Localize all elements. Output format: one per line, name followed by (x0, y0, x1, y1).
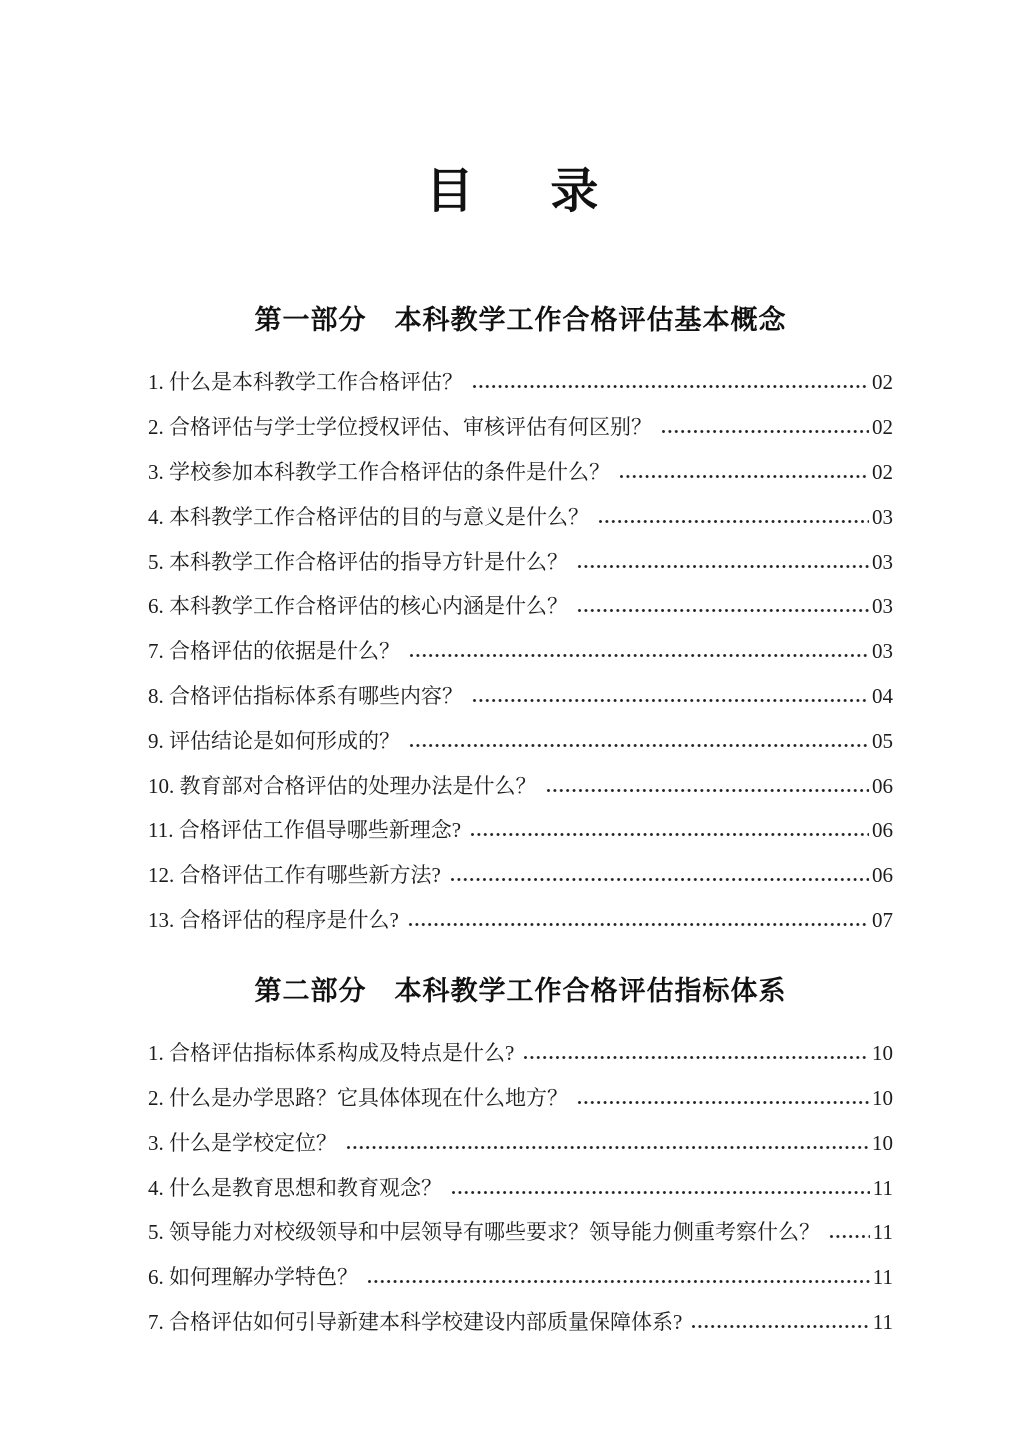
dot-leader (409, 743, 869, 748)
toc-entry-label: 11. 合格评估工作倡导哪些新理念? (148, 808, 461, 853)
dot-leader (546, 788, 870, 793)
toc-entry: 10. 教育部对合格评估的处理办法是什么？ 06 (148, 764, 893, 809)
toc-entry-page: 11 (873, 1255, 893, 1300)
toc-entry: 11. 合格评估工作倡导哪些新理念? 06 (148, 808, 893, 853)
toc-entry-label: 7. 合格评估的依据是什么？ (148, 629, 400, 674)
toc-entry-page: 02 (872, 405, 893, 450)
toc-entry: 4. 本科教学工作合格评估的目的与意义是什么？ 03 (148, 495, 893, 540)
toc-entry: 13. 合格评估的程序是什么? 07 (148, 898, 893, 943)
toc-entry-page: 11 (873, 1166, 893, 1211)
document-page: 目录 第一部分 本科教学工作合格评估基本概念 1. 什么是本科教学工作合格评估？… (0, 0, 1024, 1447)
toc-entry-page: 03 (872, 495, 893, 540)
dot-leader (408, 922, 869, 927)
toc-entry: 3. 学校参加本科教学工作合格评估的条件是什么？ 02 (148, 450, 893, 495)
toc-entry: 6. 本科教学工作合格评估的核心内涵是什么？ 03 (148, 584, 893, 629)
toc-list: 1. 合格评估指标体系构成及特点是什么? 10 2. 什么是办学思路？它具体体现… (148, 1031, 893, 1345)
toc-entry: 1. 合格评估指标体系构成及特点是什么? 10 (148, 1031, 893, 1076)
toc-entry: 8. 合格评估指标体系有哪些内容？ 04 (148, 674, 893, 719)
toc-entry: 5. 领导能力对校级领导和中层领导有哪些要求？领导能力侧重考察什么？ 11 (148, 1210, 893, 1255)
toc-entry-page: 03 (872, 540, 893, 585)
dot-leader (409, 653, 869, 658)
toc-entry: 9. 评估结论是如何形成的？ 05 (148, 719, 893, 764)
section-heading: 第二部分 本科教学工作合格评估指标体系 (148, 975, 893, 1007)
toc-entry: 3. 什么是学校定位？ 10 (148, 1121, 893, 1166)
dot-leader (598, 519, 869, 524)
toc-entry-page: 04 (872, 674, 893, 719)
toc-entry-page: 11 (873, 1300, 893, 1345)
toc-entry-label: 3. 学校参加本科教学工作合格评估的条件是什么？ (148, 450, 610, 495)
toc-entry-page: 03 (872, 629, 893, 674)
toc-entry-label: 5. 领导能力对校级领导和中层领导有哪些要求？领导能力侧重考察什么？ (148, 1210, 820, 1255)
toc-entry-label: 12. 合格评估工作有哪些新方法? (148, 853, 441, 898)
toc-entry-label: 2. 合格评估与学士学位授权评估、审核评估有何区别？ (148, 405, 652, 450)
toc-entry: 1. 什么是本科教学工作合格评估？ 02 (148, 360, 893, 405)
dot-leader (691, 1324, 869, 1329)
dot-leader (523, 1055, 869, 1060)
section-heading: 第一部分 本科教学工作合格评估基本概念 (148, 304, 893, 336)
toc-entry-label: 8. 合格评估指标体系有哪些内容？ (148, 674, 463, 719)
toc-entry-page: 07 (872, 898, 893, 943)
toc-entry-label: 10. 教育部对合格评估的处理办法是什么？ (148, 764, 537, 809)
dot-leader (472, 698, 869, 703)
dot-leader (577, 564, 869, 569)
toc-entry-page: 06 (872, 808, 893, 853)
toc-entry-label: 13. 合格评估的程序是什么? (148, 898, 399, 943)
toc-entry-label: 7. 合格评估如何引导新建本科学校建设内部质量保障体系? (148, 1300, 682, 1345)
toc-entry-label: 1. 什么是本科教学工作合格评估？ (148, 360, 463, 405)
dot-leader (829, 1234, 870, 1239)
toc-entry-label: 6. 如何理解办学特色？ (148, 1255, 358, 1300)
document-title: 目录 (0, 0, 1024, 216)
toc-entry-page: 02 (872, 450, 893, 495)
dot-leader (577, 1100, 869, 1105)
toc-entry: 2. 什么是办学思路？它具体体现在什么地方？ 10 (148, 1076, 893, 1121)
toc-content: 第一部分 本科教学工作合格评估基本概念 1. 什么是本科教学工作合格评估？ 02… (148, 304, 893, 1345)
toc-entry: 5. 本科教学工作合格评估的指导方针是什么？ 03 (148, 540, 893, 585)
toc-entry-label: 3. 什么是学校定位？ (148, 1121, 337, 1166)
dot-leader (367, 1279, 870, 1284)
toc-entry: 2. 合格评估与学士学位授权评估、审核评估有何区别？ 02 (148, 405, 893, 450)
toc-section: 第一部分 本科教学工作合格评估基本概念 1. 什么是本科教学工作合格评估？ 02… (148, 304, 893, 943)
toc-entry-label: 4. 什么是教育思想和教育观念？ (148, 1166, 442, 1211)
toc-entry: 7. 合格评估如何引导新建本科学校建设内部质量保障体系? 11 (148, 1300, 893, 1345)
toc-entry-label: 1. 合格评估指标体系构成及特点是什么? (148, 1031, 514, 1076)
toc-list: 1. 什么是本科教学工作合格评估？ 02 2. 合格评估与学士学位授权评估、审核… (148, 360, 893, 942)
dot-leader (577, 608, 869, 613)
toc-entry-page: 03 (872, 584, 893, 629)
dot-leader (450, 877, 869, 882)
toc-entry-page: 10 (872, 1031, 893, 1076)
toc-entry-page: 05 (872, 719, 893, 764)
toc-entry-page: 02 (872, 360, 893, 405)
toc-entry: 6. 如何理解办学特色？ 11 (148, 1255, 893, 1300)
toc-entry-label: 6. 本科教学工作合格评估的核心内涵是什么？ (148, 584, 568, 629)
toc-section: 第二部分 本科教学工作合格评估指标体系 1. 合格评估指标体系构成及特点是什么?… (148, 975, 893, 1345)
dot-leader (451, 1190, 870, 1195)
toc-entry-label: 5. 本科教学工作合格评估的指导方针是什么？ (148, 540, 568, 585)
dot-leader (661, 429, 869, 434)
toc-entry: 12. 合格评估工作有哪些新方法? 06 (148, 853, 893, 898)
dot-leader (470, 832, 869, 837)
toc-sections: 第一部分 本科教学工作合格评估基本概念 1. 什么是本科教学工作合格评估？ 02… (148, 304, 893, 1345)
dot-leader (346, 1145, 869, 1150)
toc-entry-page: 10 (872, 1076, 893, 1121)
toc-entry: 7. 合格评估的依据是什么？ 03 (148, 629, 893, 674)
dot-leader (619, 474, 869, 479)
toc-entry: 4. 什么是教育思想和教育观念？ 11 (148, 1166, 893, 1211)
dot-leader (472, 384, 869, 389)
toc-entry-page: 10 (872, 1121, 893, 1166)
toc-entry-page: 06 (872, 853, 893, 898)
toc-entry-page: 06 (872, 764, 893, 809)
toc-entry-page: 11 (873, 1210, 893, 1255)
toc-entry-label: 4. 本科教学工作合格评估的目的与意义是什么？ (148, 495, 589, 540)
toc-entry-label: 9. 评估结论是如何形成的？ (148, 719, 400, 764)
toc-entry-label: 2. 什么是办学思路？它具体体现在什么地方？ (148, 1076, 568, 1121)
